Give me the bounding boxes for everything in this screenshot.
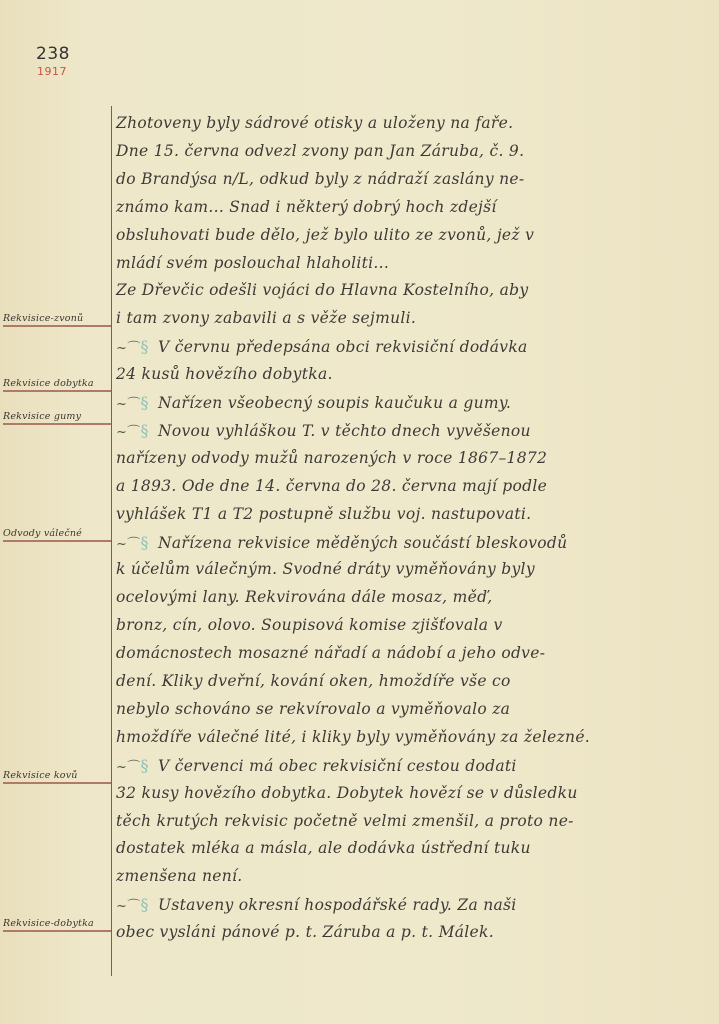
text-line-content: dostatek mléka a másla, ale dodávka ústř…	[116, 839, 531, 857]
text-line: ocelovými lany. Rekvirována dále mosaz, …	[116, 588, 493, 616]
text-line: ~⌒§Nařízena rekvisice měděných součástí …	[116, 533, 567, 561]
paragraph-mark-icon: ~⌒§	[116, 756, 158, 775]
margin-note-underline	[3, 540, 111, 542]
text-line-content: do Brandýsa n/L, odkud byly z nádraží za…	[116, 170, 524, 188]
text-line-content: obec vysláni pánové p. t. Záruba a p. t.…	[116, 923, 494, 941]
text-line: obsluhovati bude dělo, jež bylo ulito ze…	[116, 226, 534, 254]
text-line: k účelům válečným. Svodné dráty vyměňová…	[116, 560, 535, 588]
text-line: i tam zvony zabavili a s věže sejmuli.	[116, 309, 416, 337]
margin-note: Odvody válečné	[3, 528, 111, 542]
text-line-content: nebylo schováno se rekvírovalo a vyměňov…	[116, 700, 510, 718]
text-line-content: hmoždíře válečné lité, i kliky byly vymě…	[116, 728, 590, 746]
text-line-content: 24 kusů hovězího dobytka.	[116, 365, 333, 383]
text-line: vyhlášek T1 a T2 postupně službu voj. na…	[116, 505, 531, 533]
text-line-content: zmenšena není.	[116, 867, 243, 885]
margin-note: Rekvisice-dobytka	[3, 918, 111, 932]
text-line-content: bronz, cín, olovo. Soupisová komise zjiš…	[116, 616, 503, 634]
text-line: Zhotoveny byly sádrové otisky a uloženy …	[116, 114, 513, 142]
text-line: dostatek mléka a másla, ale dodávka ústř…	[116, 839, 531, 867]
text-line-content: těch krutých rekvisic početně velmi zmen…	[116, 812, 574, 830]
text-line-content: 32 kusy hovězího dobytka. Dobytek hovězí…	[116, 784, 578, 802]
paragraph-mark-icon: ~⌒§	[116, 533, 158, 552]
text-line: do Brandýsa n/L, odkud byly z nádraží za…	[116, 170, 524, 198]
margin-note: Rekvisice kovů	[3, 770, 111, 784]
text-line: známo kam... Snad i některý dobrý hoch z…	[116, 198, 497, 226]
page-number: 238	[36, 44, 70, 64]
text-line: ~⌒§Nařízen všeobecný soupis kaučuku a gu…	[116, 393, 511, 421]
paragraph-mark-icon: ~⌒§	[116, 421, 158, 440]
text-line-content: Dne 15. června odvezl zvony pan Jan Záru…	[116, 142, 524, 160]
margin-note: Rekvisice-zvonů	[3, 313, 111, 327]
text-line: Dne 15. června odvezl zvony pan Jan Záru…	[116, 142, 524, 170]
text-line-content: Zhotoveny byly sádrové otisky a uloženy …	[116, 114, 513, 132]
text-line-content: známo kam... Snad i některý dobrý hoch z…	[116, 198, 497, 216]
paragraph-mark-icon: ~⌒§	[116, 337, 158, 356]
text-line: ~⌒§V červenci má obec rekvisiční cestou …	[116, 756, 517, 784]
text-line-content: ocelovými lany. Rekvirována dále mosaz, …	[116, 588, 493, 606]
chronicle-page: 238 1917 Rekvisice-zvonů Rekvisice dobyt…	[0, 0, 719, 1024]
text-line-content: i tam zvony zabavili a s věže sejmuli.	[116, 309, 416, 327]
margin-note-underline	[3, 782, 111, 784]
text-line: 32 kusy hovězího dobytka. Dobytek hovězí…	[116, 784, 578, 812]
text-line-content: V červnu předepsána obci rekvisiční dodá…	[158, 338, 528, 356]
text-line: obec vysláni pánové p. t. Záruba a p. t.…	[116, 923, 494, 951]
text-line: a 1893. Ode dne 14. června do 28. června…	[116, 477, 547, 505]
margin-note-underline	[3, 930, 111, 932]
text-line-content: Nařízena rekvisice měděných součástí ble…	[158, 534, 567, 552]
text-line-content: dení. Kliky dveřní, kování oken, hmoždíř…	[116, 672, 511, 690]
text-line-content: Nařízen všeobecný soupis kaučuku a gumy.	[158, 394, 511, 412]
text-line: Ze Dřevčic odešli vojáci do Hlavna Koste…	[116, 281, 528, 309]
margin-rule-line	[111, 106, 112, 976]
year-annotation: 1917	[37, 65, 67, 78]
text-line-content: obsluhovati bude dělo, jež bylo ulito ze…	[116, 226, 534, 244]
text-line-content: nařízeny odvody mužů narozených v roce 1…	[116, 449, 547, 467]
text-line: nařízeny odvody mužů narozených v roce 1…	[116, 449, 547, 477]
text-line: hmoždíře válečné lité, i kliky byly vymě…	[116, 728, 590, 756]
margin-note: Rekvisice dobytka	[3, 378, 111, 392]
margin-note-underline	[3, 390, 111, 392]
text-line: těch krutých rekvisic početně velmi zmen…	[116, 812, 574, 840]
text-line-content: a 1893. Ode dne 14. června do 28. června…	[116, 477, 547, 495]
text-line: mládí svém poslouchal hlaholiti...	[116, 254, 389, 282]
text-line: bronz, cín, olovo. Soupisová komise zjiš…	[116, 616, 503, 644]
margin-note: Rekvisice gumy	[3, 411, 111, 425]
text-line-content: Ustaveny okresní hospodářské rady. Za na…	[158, 896, 517, 914]
text-line-content: Ze Dřevčic odešli vojáci do Hlavna Koste…	[116, 281, 528, 299]
text-line-content: V červenci má obec rekvisiční cestou dod…	[158, 757, 517, 775]
text-line: domácnostech mosazné nářadí a nádobí a j…	[116, 644, 545, 672]
text-line: zmenšena není.	[116, 867, 243, 895]
text-line: 24 kusů hovězího dobytka.	[116, 365, 333, 393]
text-line-content: mládí svém poslouchal hlaholiti...	[116, 254, 389, 272]
paragraph-mark-icon: ~⌒§	[116, 393, 158, 412]
text-line: ~⌒§V červnu předepsána obci rekvisiční d…	[116, 337, 528, 365]
margin-note-underline	[3, 325, 111, 327]
text-line: nebylo schováno se rekvírovalo a vyměňov…	[116, 700, 510, 728]
margin-note-underline	[3, 423, 111, 425]
text-line-content: vyhlášek T1 a T2 postupně službu voj. na…	[116, 505, 531, 523]
text-line: ~⌒§Novou vyhláškou T. v těchto dnech vyv…	[116, 421, 531, 449]
text-line-content: domácnostech mosazné nářadí a nádobí a j…	[116, 644, 545, 662]
text-line: dení. Kliky dveřní, kování oken, hmoždíř…	[116, 672, 511, 700]
text-line-content: k účelům válečným. Svodné dráty vyměňová…	[116, 560, 535, 578]
text-line-content: Novou vyhláškou T. v těchto dnech vyvěše…	[158, 422, 531, 440]
text-line: ~⌒§Ustaveny okresní hospodářské rady. Za…	[116, 895, 517, 923]
paragraph-mark-icon: ~⌒§	[116, 895, 158, 914]
